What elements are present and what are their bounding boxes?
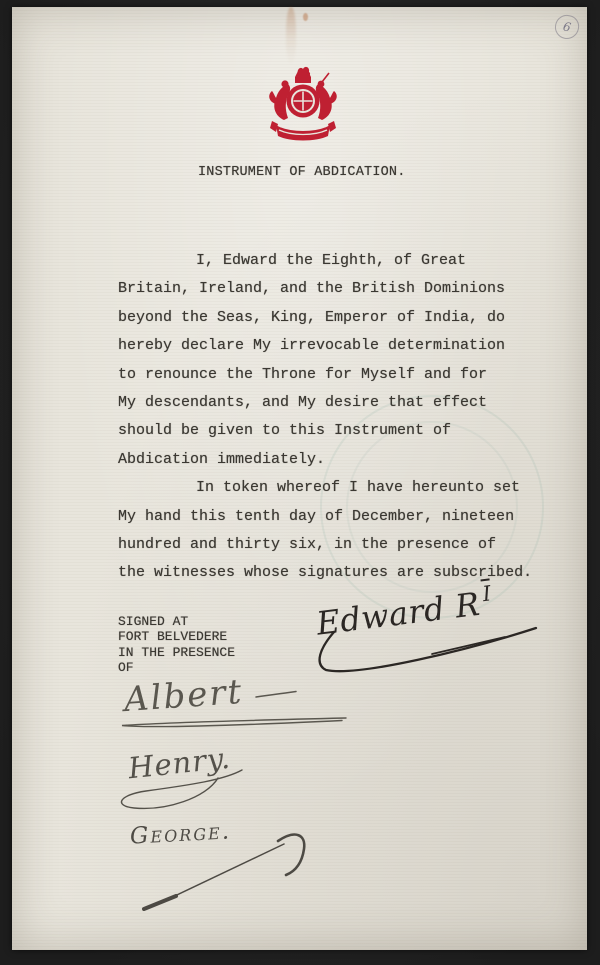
royal-signature-name: Edward RI — [314, 583, 494, 642]
body-line: I, Edward the Eighth, of Great — [118, 247, 548, 275]
body-line: In token whereof I have hereunto set — [118, 474, 548, 502]
body-line: hundred and thirty six, in the presence … — [118, 531, 548, 559]
royal-signature: Edward RI — [298, 590, 543, 682]
witness-signature-george: George. — [112, 813, 412, 911]
witness-signature-albert: Albert — [108, 678, 360, 732]
document-title: INSTRUMENT OF ABDICATION. — [198, 165, 406, 180]
signed-at-line: SIGNED AT — [118, 614, 235, 629]
body-line: Britain, Ireland, and the British Domini… — [118, 275, 548, 303]
george-signature-name: George. — [129, 818, 231, 849]
body-line: My descendants, and My desire that effec… — [118, 389, 548, 417]
stain-dot — [303, 13, 308, 21]
signed-at-line: FORT BELVEDERE — [118, 629, 235, 644]
document-body: I, Edward the Eighth, of Great Britain, … — [118, 247, 548, 588]
body-line: should be given to this Instrument of — [118, 417, 548, 445]
henry-signature-name: Henry. — [127, 741, 233, 786]
royal-signature-text: Edward R — [314, 585, 482, 643]
stain-streak — [286, 7, 296, 65]
document-page: 6 — [12, 7, 587, 950]
body-line: Abdication immediately. — [118, 446, 548, 474]
pencil-page-annotation: 6 — [553, 13, 581, 41]
body-line: My hand this tenth day of December, nine… — [118, 503, 548, 531]
albert-signature-name: Albert — [123, 672, 245, 720]
pencil-number: 6 — [562, 19, 572, 34]
body-line: beyond the Seas, King, Emperor of India,… — [118, 304, 548, 332]
signed-at-block: SIGNED AT FORT BELVEDERE IN THE PRESENCE… — [118, 614, 235, 676]
witness-signature-henry: Henry. — [106, 744, 298, 818]
body-line: to renounce the Throne for Myself and fo… — [118, 361, 548, 389]
royal-coat-of-arms-icon — [264, 64, 342, 144]
signed-at-line: IN THE PRESENCE — [118, 645, 235, 660]
photo-background: 6 — [0, 0, 600, 965]
body-line: hereby declare My irrevocable determinat… — [118, 332, 548, 360]
